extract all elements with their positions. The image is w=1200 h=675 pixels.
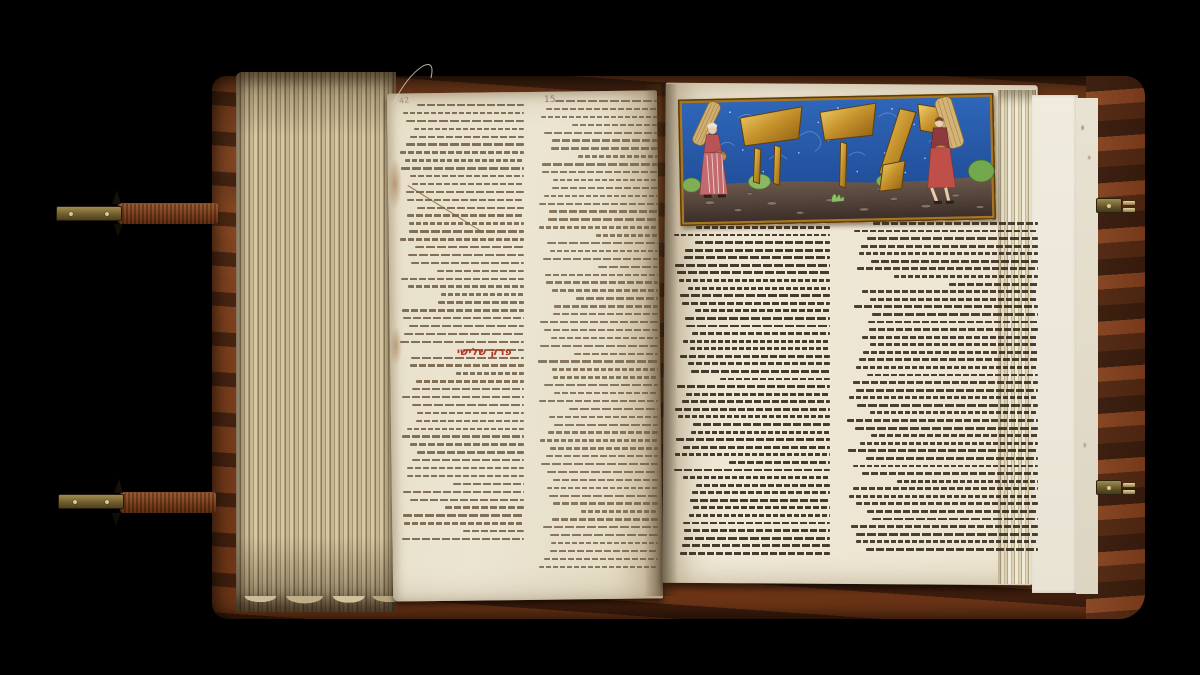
strap-pin-lower-lower [112,513,121,526]
leaf-bottom-edges [240,596,410,614]
strap-pin-upper [112,190,121,204]
catch-prong [1123,208,1135,212]
catch-prong [1123,490,1135,494]
left-page-column-2 [538,100,658,573]
fore-edge-strap-lower [120,492,216,513]
rivet [73,500,77,504]
strap-pin-upper-lower [114,224,123,237]
brass-catch-upper [1096,198,1122,213]
strap-clasp-upper [56,206,122,221]
stray-fiber [385,58,455,108]
paper-flyleaf [1032,95,1078,593]
right-page-column-2 [846,222,1038,555]
panel-art [678,93,997,227]
speckled-guard-leaf [1076,98,1098,594]
red-chapter-rubric: פרק שלישי [412,347,512,361]
illuminated-initial-word-panel [678,93,997,227]
catch-rivet [1107,486,1111,490]
right-page-column-1 [674,226,830,559]
folio-number: 15 [544,95,555,105]
rivet [69,212,73,216]
rivet [105,212,109,216]
rivet [105,500,109,504]
catch-prong [1123,201,1135,205]
catch-rivet [1107,204,1111,208]
fore-edge-strap-upper [118,203,218,224]
photograph-stage: פרק שלישי 15 42 [0,0,1200,675]
catch-prong [1123,483,1135,487]
strap-pin-lower [114,479,123,493]
brass-catch-lower [1096,480,1122,495]
margin-stain [390,326,402,366]
turned-leaves-stack [236,72,396,612]
strap-clasp-lower [58,494,124,509]
left-page-column-1 [400,104,524,546]
margin-stain [388,158,402,210]
